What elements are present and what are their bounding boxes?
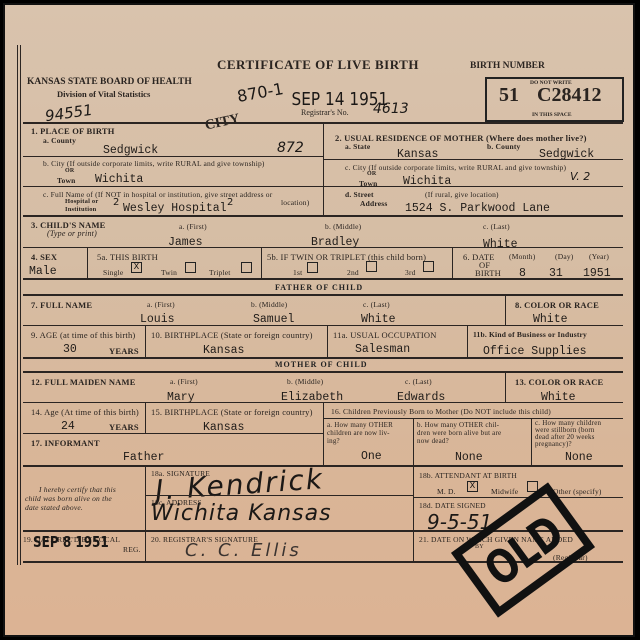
date-signed-label: 18d. DATE SIGNED xyxy=(419,501,486,510)
rule xyxy=(23,278,623,280)
certify-statement-1: I hereby certify that this xyxy=(39,485,116,494)
twin-checkbox[interactable] xyxy=(185,262,196,273)
address-label: Address xyxy=(360,199,388,208)
mother-middle-label: b. (Middle) xyxy=(287,377,323,386)
informant-label: 17. INFORMANT xyxy=(31,438,100,448)
registrar-no-label: Registrar's No. xyxy=(301,108,349,117)
father-business-label: 11b. Kind of Business or Industry xyxy=(473,330,587,339)
month-label: (Month) xyxy=(509,252,535,261)
father-race-label: 8. COLOR OR RACE xyxy=(515,300,599,310)
md-checkbox[interactable]: X xyxy=(467,481,478,492)
triplet-label: Triplet xyxy=(209,268,231,277)
stillborn-count: None xyxy=(565,451,593,464)
stillborn-label-4: pregnancy)? xyxy=(535,440,572,448)
father-age-label: 9. AGE (at time of this birth) xyxy=(31,330,135,340)
rule xyxy=(145,495,413,496)
mother-last-label: c. (Last) xyxy=(405,377,432,386)
or-label: OR xyxy=(65,168,74,174)
city-label: b. City (If outside corporate limits, wr… xyxy=(43,159,265,168)
date-received-stamp: SEP 8 1951 xyxy=(33,533,109,551)
living-children-count: One xyxy=(361,450,382,463)
rule xyxy=(467,326,468,357)
father-middle-label: b. (Middle) xyxy=(251,300,287,309)
child-middle-label: b. (Middle) xyxy=(325,222,361,231)
hospital-mark-post: 2 xyxy=(227,197,233,208)
rule xyxy=(261,248,262,278)
mother-years-label: YEARS xyxy=(109,422,139,432)
residence-county-label: b. County xyxy=(487,142,520,151)
living-children-label-2: children are now liv- xyxy=(327,429,390,437)
margin-rule xyxy=(20,45,21,565)
rule xyxy=(23,357,623,359)
rule xyxy=(23,247,623,248)
mother-race-label: 13. COLOR OR RACE xyxy=(515,377,603,387)
rule xyxy=(87,248,88,278)
year-label: (Year) xyxy=(589,252,609,261)
rule xyxy=(323,159,623,160)
triplet-checkbox[interactable] xyxy=(241,262,252,273)
dob-birth-label: BIRTH xyxy=(475,268,501,278)
mother-residence-label: 2. USUAL RESIDENCE OF MOTHER (Where does… xyxy=(335,133,587,143)
third-born-label: 3rd xyxy=(405,268,416,277)
mother-section-title: MOTHER OF CHILD xyxy=(275,360,367,369)
rule xyxy=(23,186,323,187)
rule xyxy=(531,418,532,465)
twin-label: Twin xyxy=(161,268,177,277)
dead-children-label-1: b. How many OTHER chil- xyxy=(417,421,499,429)
residence-city-mark: V. 2 xyxy=(570,170,590,183)
rule xyxy=(323,186,623,187)
father-first-label: a. (First) xyxy=(147,300,175,309)
child-first-label: a. (First) xyxy=(179,222,207,231)
single-checkbox[interactable]: X xyxy=(131,262,142,273)
rule xyxy=(145,466,146,562)
first-born-label: 1st xyxy=(293,268,302,277)
rule xyxy=(23,433,323,434)
father-occupation-label: 11a. USUAL OCCUPATION xyxy=(333,330,437,340)
birth-number-box: DO NOT WRITE 51 C28412 IN THIS SPACE xyxy=(485,77,624,122)
child-sex: Male xyxy=(29,265,57,278)
twin-triplet-label: 5b. IF TWIN OR TRIPLET (this child born) xyxy=(267,252,426,262)
this-birth-label: 5a. THIS BIRTH xyxy=(97,252,158,262)
father-birthplace-label: 10. BIRTHPLACE (State or foreign country… xyxy=(151,330,313,340)
birth-hospital: Wesley Hospital xyxy=(123,202,227,215)
rule xyxy=(413,418,414,465)
rule xyxy=(452,248,453,278)
rule xyxy=(145,403,146,433)
child-last-label: c. (Last) xyxy=(483,222,510,231)
hospital-mark-pre: 2 xyxy=(113,197,119,208)
hospital-label-3: Institution xyxy=(65,206,96,213)
attendant-address: Wichita Kansas xyxy=(151,501,332,526)
certify-statement-3: date stated above. xyxy=(25,503,83,512)
father-occupation: Salesman xyxy=(355,343,410,356)
mother-birthplace-label: 15. BIRTHPLACE (State or foreign country… xyxy=(151,407,313,417)
sex-label: 4. SEX xyxy=(31,252,57,262)
hospital-label-2: Hospital or xyxy=(65,198,98,205)
certificate-paper: CERTIFICATE OF LIVE BIRTH KANSAS STATE B… xyxy=(5,5,633,635)
birth-number-prefix: 51 xyxy=(499,84,519,107)
informant-value: Father xyxy=(123,451,164,464)
town-label: Town xyxy=(57,176,75,185)
file-number-handwritten: 870-1 xyxy=(236,79,285,106)
day-label: (Day) xyxy=(555,252,574,261)
mother-name-label: 12. FULL MAIDEN NAME xyxy=(31,377,136,387)
rule xyxy=(327,326,328,357)
place-of-birth-label: 1. PLACE OF BIRTH xyxy=(31,126,115,136)
residence-city-label: c. City (If outside corporate limits, wr… xyxy=(345,163,566,172)
state-label: a. State xyxy=(345,142,370,151)
rule xyxy=(23,294,623,296)
certify-statement-2: child was born alive on the xyxy=(25,494,112,503)
rule xyxy=(23,371,623,373)
county-label: a. County xyxy=(43,136,76,145)
mother-first-label: a. (First) xyxy=(170,377,198,386)
md-label: M. D. xyxy=(437,487,456,496)
rule xyxy=(505,372,506,402)
dead-children-count: None xyxy=(455,451,483,464)
division-name: Division of Vital Statistics xyxy=(57,89,150,99)
agency-name: KANSAS STATE BOARD OF HEALTH xyxy=(27,77,192,87)
living-children-label-3: ing? xyxy=(327,437,340,445)
margin-rule xyxy=(17,45,18,565)
mother-age-label: 14. Age (At time of this birth) xyxy=(31,407,139,417)
father-name-label: 7. FULL NAME xyxy=(31,300,92,310)
living-children-label-1: a. How many OTHER xyxy=(327,421,393,429)
rule xyxy=(23,156,323,157)
certificate-title: CERTIFICATE OF LIVE BIRTH xyxy=(217,57,419,73)
father-birthplace: Kansas xyxy=(203,344,244,357)
other-label: Other (specify) xyxy=(553,487,602,496)
in-this-space-label: IN THIS SPACE xyxy=(532,112,572,118)
registrar-no-value: 4613 xyxy=(373,101,409,117)
rule xyxy=(505,295,506,325)
birth-number-label: BIRTH NUMBER xyxy=(470,61,545,71)
registrar-signature: C. C. Ellis xyxy=(185,540,302,561)
father-years-label: YEARS xyxy=(109,346,139,356)
location-label: location) xyxy=(281,198,309,207)
child-name-hint: (Type or print) xyxy=(47,229,97,238)
child-last-name: White xyxy=(483,238,518,251)
residence-street: 1524 S. Parkwood Lane xyxy=(405,202,550,215)
second-born-label: 2nd xyxy=(347,268,359,277)
second-born-checkbox[interactable] xyxy=(366,261,377,272)
rule xyxy=(145,326,146,357)
third-born-checkbox[interactable] xyxy=(423,261,434,272)
first-born-checkbox[interactable] xyxy=(307,262,318,273)
rule xyxy=(413,497,623,498)
rule xyxy=(323,123,324,215)
rule xyxy=(23,215,623,217)
midwife-label: Midwife xyxy=(491,487,518,496)
attendant-at-birth-label: 18b. ATTENDANT AT BIRTH xyxy=(419,471,517,480)
father-age: 30 xyxy=(63,343,77,356)
residence-or-label: OR xyxy=(367,171,376,177)
birth-city: Wichita xyxy=(95,173,143,186)
dead-children-label-2: dren were born alive but are xyxy=(417,429,501,437)
rule xyxy=(23,325,623,326)
street-hint: (If rural, give location) xyxy=(425,190,499,199)
county-code-handwritten: 872 xyxy=(277,140,304,156)
birth-number-value: C28412 xyxy=(537,84,601,107)
father-section-title: FATHER OF CHILD xyxy=(275,283,363,292)
mother-age: 24 xyxy=(61,420,75,433)
dead-children-label-3: now dead? xyxy=(417,437,449,445)
document-frame: CERTIFICATE OF LIVE BIRTH KANSAS STATE B… xyxy=(3,3,635,637)
reg-label: REG. xyxy=(123,545,141,554)
children-previously-born-label: 16. Children Previously Born to Mother (… xyxy=(331,407,551,416)
rule xyxy=(323,403,324,465)
street-label: d. Street xyxy=(345,190,374,199)
father-last-label: c. (Last) xyxy=(363,300,390,309)
single-label: Single xyxy=(103,268,123,277)
rule xyxy=(413,466,414,562)
